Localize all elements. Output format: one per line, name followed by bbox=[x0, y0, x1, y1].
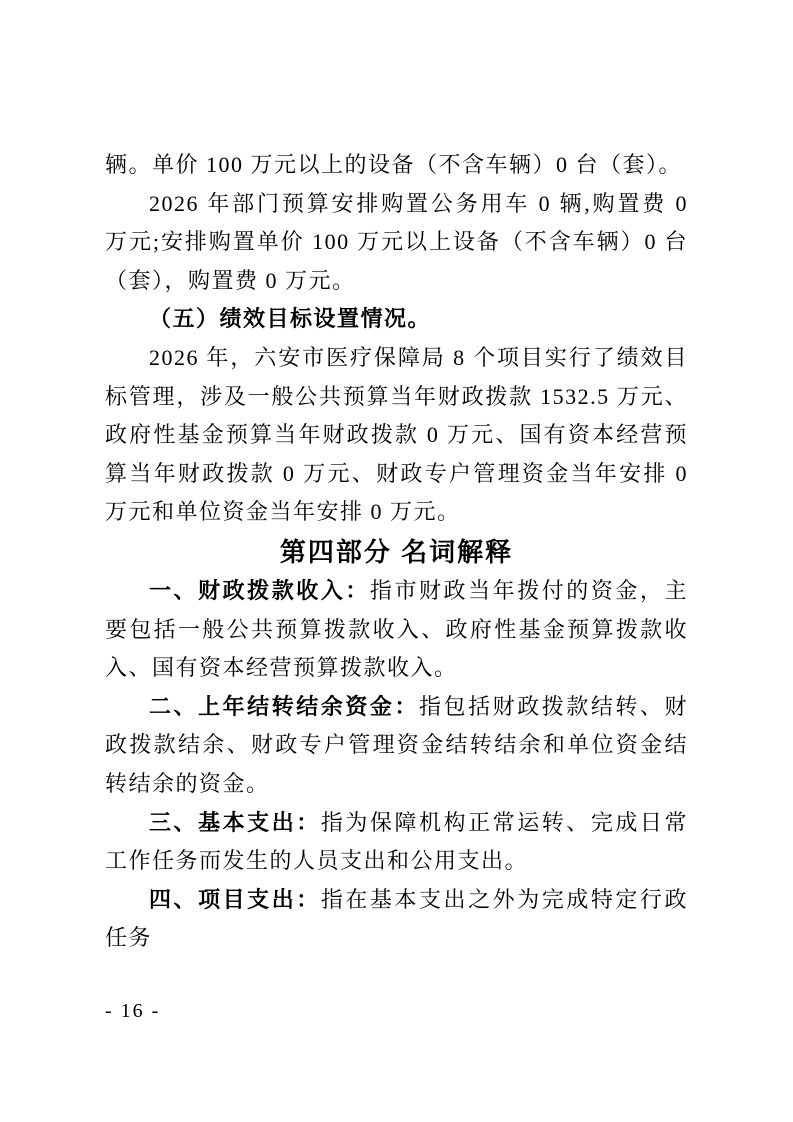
term-paragraph-project-expenditure: 四、项目支出：指在基本支出之外为完成特定行政任务 bbox=[105, 881, 688, 958]
term-paragraph-basic-expenditure: 三、基本支出：指为保障机构正常运转、完成日常工作任务而发生的人员支出和公用支出。 bbox=[105, 804, 688, 881]
term-label: 二、上年结转结余资金： bbox=[149, 694, 419, 719]
section-title: 第四部分 名词解释 bbox=[105, 532, 688, 572]
term-label: 四、项目支出： bbox=[149, 887, 321, 912]
paragraph-vehicle-purchase: 2026 年部门预算安排购置公务用车 0 辆,购置费 0 万元;安排购置单价 1… bbox=[105, 185, 688, 301]
paragraph-equipment-continuation: 辆。单价 100 万元以上的设备（不含车辆）0 台（套）。 bbox=[105, 146, 688, 185]
term-label: 三、基本支出： bbox=[149, 810, 321, 835]
term-label: 一、财政拨款收入： bbox=[149, 578, 370, 603]
document-body: 辆。单价 100 万元以上的设备（不含车辆）0 台（套）。 2026 年部门预算… bbox=[105, 146, 688, 958]
term-paragraph-carryover-funds: 二、上年结转结余资金：指包括财政拨款结转、财政拨款结余、财政专户管理资金结转结余… bbox=[105, 688, 688, 804]
document-page: 辆。单价 100 万元以上的设备（不含车辆）0 台（套）。 2026 年部门预算… bbox=[0, 0, 793, 1122]
term-paragraph-fiscal-appropriation-income: 一、财政拨款收入：指市财政当年拨付的资金，主要包括一般公共预算拨款收入、政府性基… bbox=[105, 572, 688, 688]
heading-performance-targets: （五）绩效目标设置情况。 bbox=[105, 300, 688, 339]
page-number: - 16 - bbox=[105, 999, 160, 1023]
paragraph-performance-targets: 2026 年，六安市医疗保障局 8 个项目实行了绩效目标管理，涉及一般公共预算当… bbox=[105, 339, 688, 532]
